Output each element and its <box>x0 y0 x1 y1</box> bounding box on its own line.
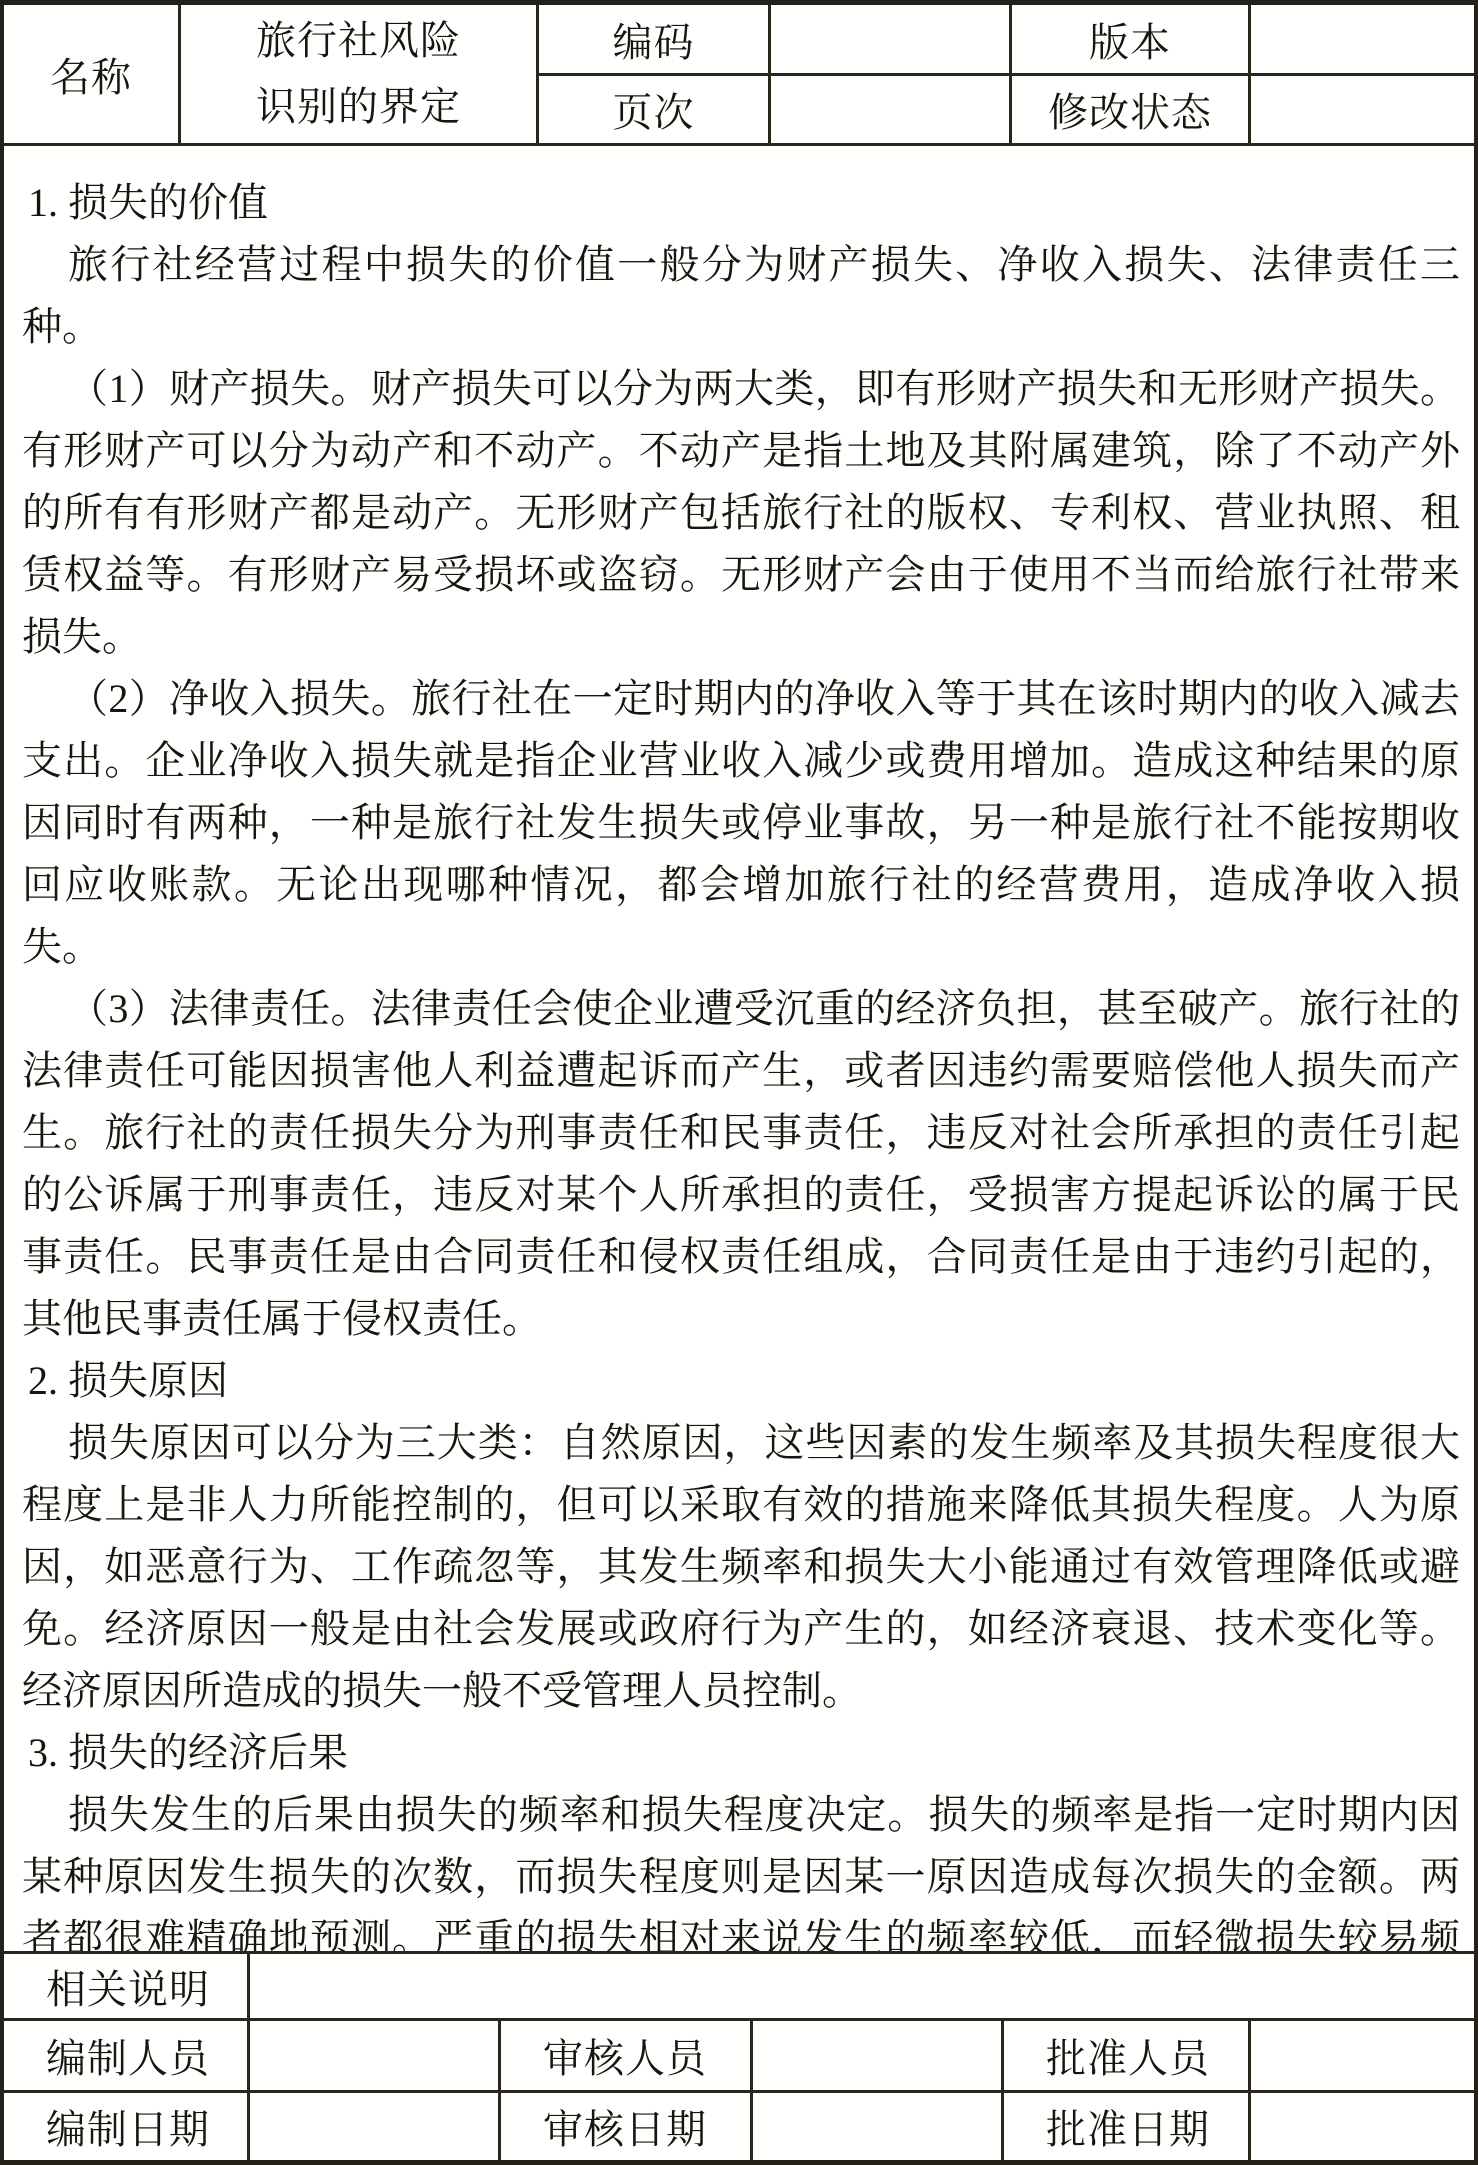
reviewed-by-label: 审核人员 <box>501 2021 750 2090</box>
related-notes-value-cell <box>250 1954 1474 2018</box>
section-3-heading: 3. 损失的经济后果 <box>28 1722 1460 1784</box>
header-version-label: 版本 <box>1012 5 1248 73</box>
approval-date-label: 批准日期 <box>1004 2093 1248 2160</box>
prepared-by-value-cell <box>250 2021 498 2090</box>
header-code-label: 编码 <box>539 5 768 73</box>
section-2-heading: 2. 损失原因 <box>28 1350 1460 1412</box>
document-page: 名称 旅行社风险 识别的界定 编码 版本 页次 修改状态 1. 损失的价值 旅行… <box>0 0 1478 2165</box>
prepared-by-label: 编制人员 <box>4 2021 247 2090</box>
document-body: 1. 损失的价值 旅行社经营过程中损失的价值一般分为财产损失、净收入损失、法律责… <box>4 146 1474 1951</box>
header-table: 名称 旅行社风险 识别的界定 编码 版本 页次 修改状态 <box>4 5 1474 146</box>
review-date-label: 审核日期 <box>501 2093 750 2160</box>
header-version-value-cell <box>1251 5 1474 73</box>
prepared-date-label: 编制日期 <box>4 2093 247 2160</box>
legal-liability-paragraph: （3）法律责任。法律责任会使企业遭受沉重的经济负担，甚至破产。旅行社的法律责任可… <box>22 978 1460 1350</box>
header-name-label: 名称 <box>4 5 178 143</box>
reviewed-by-value-cell <box>753 2021 1001 2090</box>
doc-title-line1: 旅行社风险 <box>256 8 461 74</box>
doc-title-line2: 识别的界定 <box>256 74 461 140</box>
loss-causes-paragraph: 损失原因可以分为三大类：自然原因，这些因素的发生频率及其损失程度很大程度上是非人… <box>22 1412 1460 1722</box>
section-1-intro-paragraph: 旅行社经营过程中损失的价值一般分为财产损失、净收入损失、法律责任三种。 <box>22 234 1460 358</box>
review-date-value-cell <box>753 2093 1001 2160</box>
approved-by-value-cell <box>1251 2021 1474 2090</box>
section-1-heading: 1. 损失的价值 <box>28 172 1460 234</box>
footer-table: 相关说明 编制人员 审核人员 批准人员 编制日期 审核日期 批准日期 <box>4 1951 1474 2160</box>
header-revision-label: 修改状态 <box>1012 76 1248 143</box>
property-loss-paragraph: （1）财产损失。财产损失可以分为两大类，即有形财产损失和无形财产损失。有形财产可… <box>22 358 1460 668</box>
header-code-value-cell <box>771 5 1009 73</box>
net-income-loss-paragraph: （2）净收入损失。旅行社在一定时期内的净收入等于其在该时期内的收入减去支出。企业… <box>22 668 1460 978</box>
approval-date-value-cell <box>1251 2093 1474 2160</box>
prepared-date-value-cell <box>250 2093 498 2160</box>
header-page-label: 页次 <box>539 76 768 143</box>
approved-by-label: 批准人员 <box>1004 2021 1248 2090</box>
related-notes-label: 相关说明 <box>4 1954 247 2018</box>
header-doc-title: 旅行社风险 识别的界定 <box>181 5 536 143</box>
header-revision-value-cell <box>1251 76 1474 143</box>
economic-consequences-paragraph: 损失发生的后果由损失的频率和损失程度决定。损失的频率是指一定时期内因某种原因发生… <box>22 1784 1460 1951</box>
header-page-value-cell <box>771 76 1009 143</box>
